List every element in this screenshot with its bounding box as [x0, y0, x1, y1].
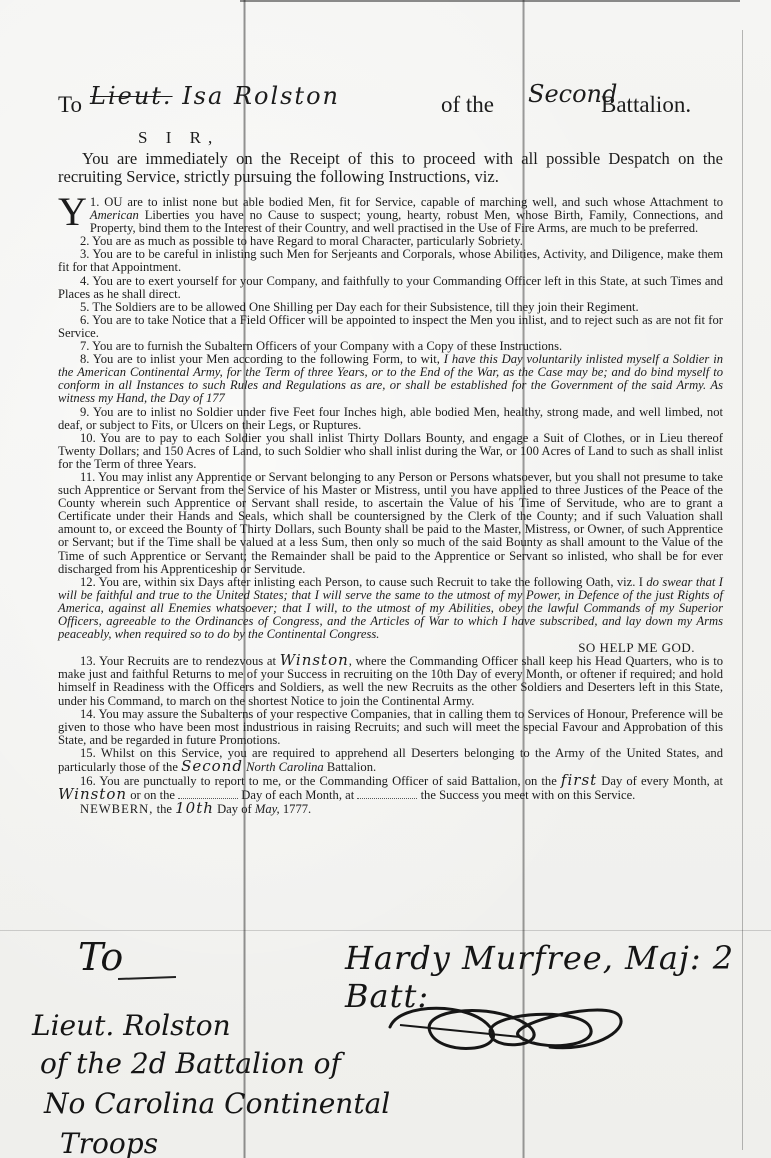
instruction-12: 12. You are, within six Days after inlis…: [58, 576, 723, 655]
instruction-3: 3. You are to be careful in inlisting su…: [58, 248, 723, 274]
instruction-8: 8. You are to inlist your Men according …: [58, 353, 723, 405]
address-line-1: Lieut. Rolston: [32, 1007, 231, 1045]
instruction-11: 11. You may inlist any Apprentice or Ser…: [58, 471, 723, 576]
drop-cap: Y: [58, 196, 87, 228]
dateline-place: NEWBERN,: [80, 802, 153, 816]
instruction-9: 9. You are to inlist no Soldier under fi…: [58, 406, 723, 432]
to-underline: [118, 976, 176, 980]
instructions-list: 1. YOU are to inlist none but able bodie…: [58, 196, 723, 816]
blank-field: [357, 798, 417, 799]
struck-rank: Lieut.: [90, 82, 173, 110]
oath-closing: SO HELP ME GOD.: [58, 641, 695, 654]
instruction-1: 1. YOU are to inlist none but able bodie…: [58, 196, 723, 235]
fold-line-top: [240, 0, 740, 2]
intro-paragraph: You are immediately on the Receipt of th…: [58, 150, 723, 186]
instruction-6: 6. You are to take Notice that a Field O…: [58, 314, 723, 340]
instruction-10: 10. You are to pay to each Soldier you s…: [58, 432, 723, 471]
instruction-4: 4. You are to exert yourself for your Co…: [58, 275, 723, 301]
instruction-15: 15. Whilst on this Service, you are requ…: [58, 747, 723, 774]
report-place-handwritten: Winston: [58, 785, 127, 803]
heading-battalion: Battalion.: [601, 92, 691, 118]
dateline: NEWBERN, the 10th Day of May, 1777.: [58, 802, 723, 816]
handwritten-endorsement: To Hardy Murfree, Maj: 2 Batt: Lieut. Ro…: [0, 925, 771, 1158]
signature-flourish-icon: [380, 997, 640, 1057]
instruction-16: 16. You are punctually to report to me, …: [58, 774, 723, 802]
address-line-4: Troops: [60, 1125, 158, 1158]
heading-of-the: of the: [441, 92, 494, 118]
instruction-13: 13. Your Recruits are to rendezvous at W…: [58, 654, 723, 707]
salutation: S I R,: [138, 128, 723, 148]
to-mark-handwritten: To: [78, 935, 123, 979]
report-day-handwritten: first: [561, 771, 597, 789]
recipient-name-handwritten: Lieut. Isa Rolston: [90, 82, 340, 110]
dateline-day-handwritten: 10th: [175, 799, 214, 817]
dateline-year: 1777.: [283, 802, 311, 816]
address-line-2: of the 2d Battalion of: [40, 1045, 341, 1083]
instruction-14: 14. You may assure the Subalterns of you…: [58, 708, 723, 747]
address-line-3: No Carolina Continental: [44, 1085, 390, 1123]
heading-to: To: [58, 92, 82, 118]
printed-document: To Lieut. Isa Rolston of the Second Batt…: [58, 78, 723, 816]
recipient-name: Isa Rolston: [182, 82, 340, 110]
dateline-month: May,: [255, 802, 280, 816]
battalion-handwritten: Second: [181, 757, 243, 775]
address-heading: To Lieut. Isa Rolston of the Second Batt…: [58, 78, 723, 122]
